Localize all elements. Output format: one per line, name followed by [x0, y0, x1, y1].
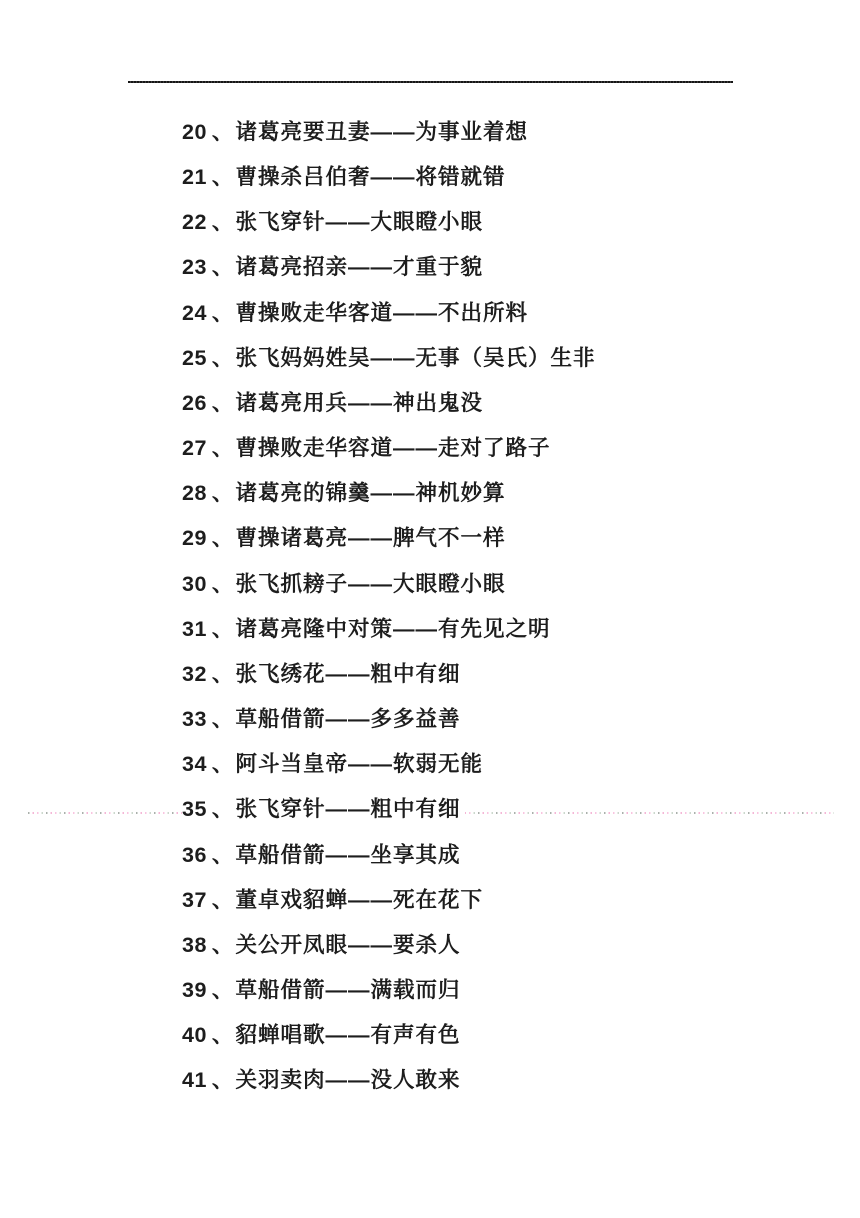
item-separator: 、 [212, 255, 235, 279]
item-separator: 、 [212, 572, 235, 596]
item-text: 草船借箭——坐享其成 [235, 843, 460, 867]
item-number: 35 [182, 797, 207, 821]
item-number: 26 [182, 391, 207, 415]
item-separator: 、 [212, 120, 235, 144]
item-text: 诸葛亮用兵——神出鬼没 [235, 391, 483, 415]
item-number: 34 [182, 752, 207, 776]
list-item: 36、草船借箭——坐享其成 [182, 833, 465, 878]
item-number: 30 [182, 572, 207, 596]
list-item: 39、草船借箭——满载而归 [182, 968, 465, 1013]
list-item: 29、曹操诸葛亮——脾气不一样 [182, 516, 510, 561]
item-number: 29 [182, 526, 207, 550]
item-separator: 、 [212, 752, 235, 776]
item-separator: 、 [212, 165, 235, 189]
item-text: 曹操诸葛亮——脾气不一样 [235, 526, 505, 550]
item-number: 28 [182, 481, 207, 505]
item-number: 22 [182, 210, 207, 234]
item-text: 诸葛亮要丑妻——为事业着想 [235, 120, 528, 144]
item-number: 23 [182, 255, 207, 279]
item-text: 张飞穿针——粗中有细 [235, 797, 460, 821]
item-separator: 、 [212, 1023, 235, 1047]
item-number: 33 [182, 707, 207, 731]
item-number: 39 [182, 978, 207, 1002]
item-text: 阿斗当皇帝——软弱无能 [235, 752, 483, 776]
list-item: 31、诸葛亮隆中对策——有先见之明 [182, 607, 555, 652]
item-separator: 、 [212, 843, 235, 867]
item-separator: 、 [212, 436, 235, 460]
item-text: 关羽卖肉——没人敢来 [235, 1068, 460, 1092]
item-separator: 、 [212, 391, 235, 415]
list-item: 37、董卓戏貂蝉——死在花下 [182, 878, 488, 923]
item-number: 40 [182, 1023, 207, 1047]
item-text: 张飞穿针——大眼瞪小眼 [235, 210, 483, 234]
saying-list: 20、诸葛亮要丑妻——为事业着想 21、曹操杀吕伯奢——将错就错 22、张飞穿针… [182, 110, 600, 1103]
item-text: 董卓戏貂蝉——死在花下 [235, 888, 483, 912]
list-item: 27、曹操败走华容道——走对了路子 [182, 426, 555, 471]
item-text: 张飞妈妈姓吴——无事（吴氏）生非 [235, 346, 595, 370]
item-separator: 、 [212, 301, 235, 325]
list-item: 28、诸葛亮的锦羹——神机妙算 [182, 471, 510, 516]
item-separator: 、 [212, 1068, 235, 1092]
list-item: 33、草船借箭——多多益善 [182, 697, 465, 742]
list-item: 20、诸葛亮要丑妻——为事业着想 [182, 110, 533, 155]
item-text: 诸葛亮招亲——才重于貌 [235, 255, 483, 279]
list-item: 35、张飞穿针——粗中有细 [182, 787, 465, 832]
item-text: 张飞抓耪子——大眼瞪小眼 [235, 572, 505, 596]
list-item: 34、阿斗当皇帝——软弱无能 [182, 742, 488, 787]
document-page: 20、诸葛亮要丑妻——为事业着想 21、曹操杀吕伯奢——将错就错 22、张飞穿针… [0, 0, 860, 1218]
item-text: 张飞绣花——粗中有细 [235, 662, 460, 686]
item-separator: 、 [212, 707, 235, 731]
item-text: 草船借箭——满载而归 [235, 978, 460, 1002]
item-text: 关公开凤眼——要杀人 [235, 933, 460, 957]
item-separator: 、 [212, 481, 235, 505]
item-separator: 、 [212, 933, 235, 957]
item-number: 25 [182, 346, 207, 370]
list-item: 22、张飞穿针——大眼瞪小眼 [182, 200, 488, 245]
list-item: 26、诸葛亮用兵——神出鬼没 [182, 381, 488, 426]
item-number: 38 [182, 933, 207, 957]
item-separator: 、 [212, 888, 235, 912]
list-item: 24、曹操败走华客道——不出所料 [182, 291, 533, 336]
item-text: 貂蝉唱歌——有声有色 [235, 1023, 460, 1047]
item-separator: 、 [212, 978, 235, 1002]
item-number: 32 [182, 662, 207, 686]
item-number: 20 [182, 120, 207, 144]
list-item: 41、关羽卖肉——没人敢来 [182, 1058, 465, 1103]
item-number: 36 [182, 843, 207, 867]
list-item: 32、张飞绣花——粗中有细 [182, 652, 465, 697]
item-number: 31 [182, 617, 207, 641]
item-separator: 、 [212, 662, 235, 686]
item-number: 27 [182, 436, 207, 460]
item-number: 37 [182, 888, 207, 912]
item-separator: 、 [212, 210, 235, 234]
item-number: 21 [182, 165, 207, 189]
list-item: 38、关公开凤眼——要杀人 [182, 923, 465, 968]
item-separator: 、 [212, 346, 235, 370]
list-item: 23、诸葛亮招亲——才重于貌 [182, 245, 488, 290]
item-text: 曹操杀吕伯奢——将错就错 [235, 165, 505, 189]
item-number: 41 [182, 1068, 207, 1092]
item-text: 诸葛亮隆中对策——有先见之明 [235, 617, 550, 641]
list-item: 40、貂蝉唱歌——有声有色 [182, 1013, 465, 1058]
list-item: 30、张飞抓耪子——大眼瞪小眼 [182, 562, 510, 607]
item-text: 诸葛亮的锦羹——神机妙算 [235, 481, 505, 505]
item-separator: 、 [212, 797, 235, 821]
list-item: 25、张飞妈妈姓吴——无事（吴氏）生非 [182, 336, 600, 381]
item-text: 草船借箭——多多益善 [235, 707, 460, 731]
item-number: 24 [182, 301, 207, 325]
item-text: 曹操败走华容道——走对了路子 [235, 436, 550, 460]
list-item: 21、曹操杀吕伯奢——将错就错 [182, 155, 510, 200]
item-text: 曹操败走华客道——不出所料 [235, 301, 528, 325]
item-separator: 、 [212, 526, 235, 550]
item-separator: 、 [212, 617, 235, 641]
header-rule [128, 81, 733, 83]
